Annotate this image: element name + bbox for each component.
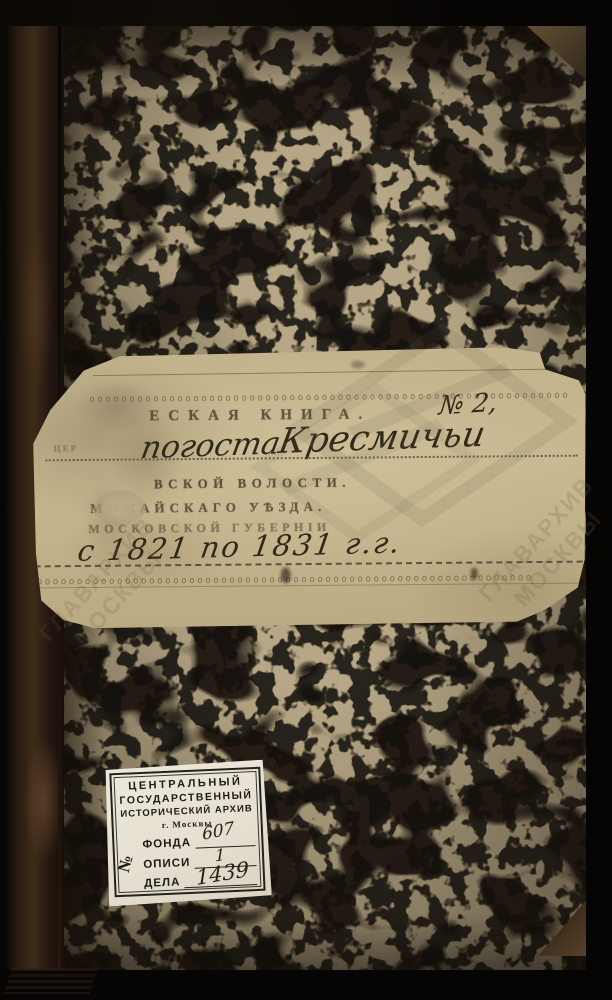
fond-label: ФОНДА xyxy=(142,837,191,851)
opis-label: ОПИСИ xyxy=(143,857,191,871)
ink-smudge xyxy=(351,361,365,369)
stain-over-uezd xyxy=(94,490,146,524)
delo-label: ДЕЛА xyxy=(144,876,181,890)
archival-photo: oooooooooooooooooooooooooooooooooooooooo… xyxy=(0,0,612,1000)
faded-church-text: ЦЕР xyxy=(54,443,79,453)
volost-line: ВСКОЙ ВОЛОСТИ. xyxy=(154,475,351,493)
ink-smudge xyxy=(281,567,291,583)
ink-smudge xyxy=(471,568,478,580)
page-edges xyxy=(4,968,98,994)
label-crease xyxy=(93,369,548,376)
title-label: oooooooooooooooooooooooooooooooooooooooo… xyxy=(31,347,589,632)
archive-stamp-label: ЦЕНТРАЛЬНЫЙ ГОСУДАРСТВЕННЫЙ ИСТОРИЧЕСКИЙ… xyxy=(103,760,272,907)
